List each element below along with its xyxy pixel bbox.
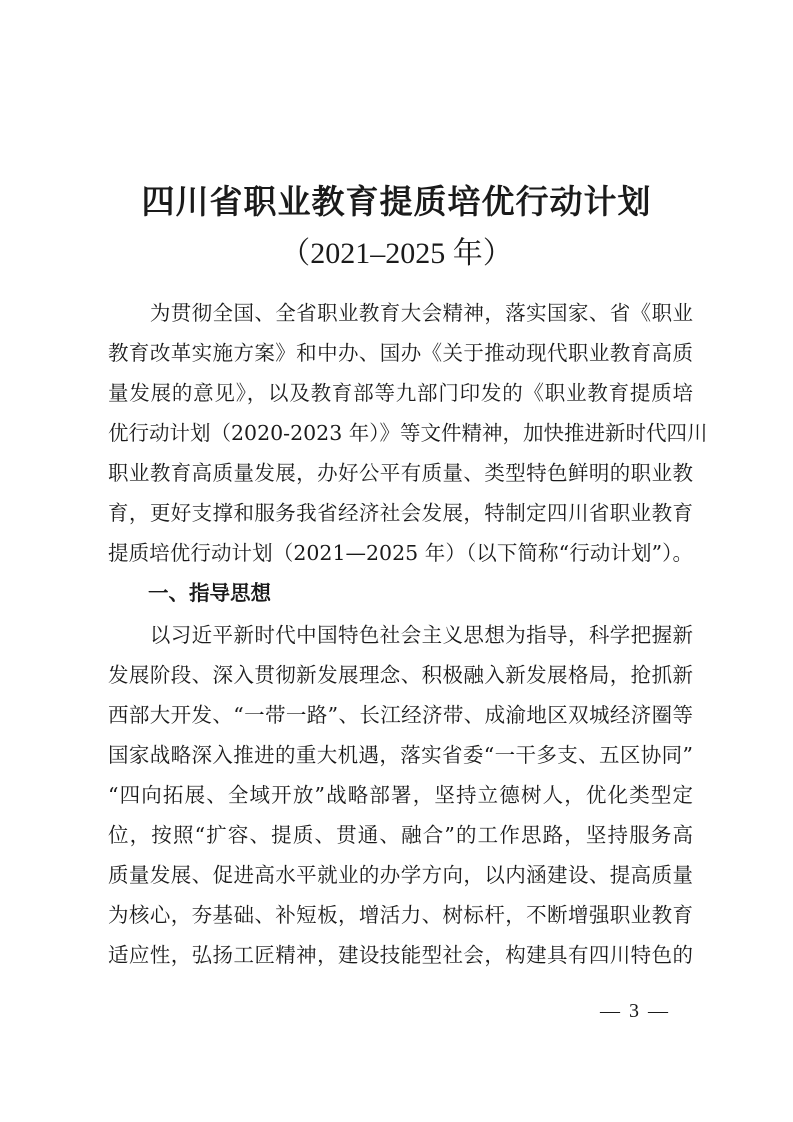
text-line: 适应性，弘扬工匠精神，建设技能型社会，构建具有四川特色的 (108, 940, 693, 970)
text-line: 提质培优行动计划（2021—2025 年）（以下简称“行动计划”）。 (108, 538, 693, 568)
section-heading: 一、指导思想 (148, 578, 271, 608)
page-number: — 3 — (600, 1000, 670, 1023)
text-line: 育，更好支撑和服务我省经济社会发展，特制定四川省职业教育 (108, 498, 693, 528)
text-line: 位，按照“扩容、提质、贯通、融合”的工作思路，坚持服务高 (108, 820, 693, 850)
text-line: 西部大开发、“一带一路”、长江经济带、成渝地区双城经济圈等 (108, 700, 693, 730)
text-line: 国家战略深入推进的重大机遇，落实省委“一干多支、五区协同” (108, 740, 693, 770)
text-line: 发展阶段、深入贯彻新发展理念、积极融入新发展格局，抢抓新 (108, 660, 693, 690)
text-line: 为核心，夯基础、补短板，增活力、树标杆，不断增强职业教育 (108, 900, 693, 930)
text-line: 质量发展、促进高水平就业的办学方向，以内涵建设、提高质量 (108, 860, 693, 890)
document-subtitle: （2021–2025 年） (0, 228, 793, 272)
text-line: 职业教育高质量发展，办好公平有质量、类型特色鲜明的职业教 (108, 458, 693, 488)
text-line: 以习近平新时代中国特色社会主义思想为指导，科学把握新 (108, 620, 693, 650)
text-line: 教育改革实施方案》和中办、国办《关于推动现代职业教育高质 (108, 338, 693, 368)
text-line: 为贯彻全国、全省职业教育大会精神，落实国家、省《职业 (108, 298, 693, 328)
text-line: 量发展的意见》，以及教育部等九部门印发的《职业教育提质培 (108, 378, 693, 408)
text-line: “四向拓展、全域开放”战略部署，坚持立德树人，优化类型定 (108, 780, 693, 810)
document-title: 四川省职业教育提质培优行动计划 (0, 176, 793, 223)
text-line: 优行动计划（2020-2023 年）》等文件精神，加快推进新时代四川 (108, 418, 693, 448)
